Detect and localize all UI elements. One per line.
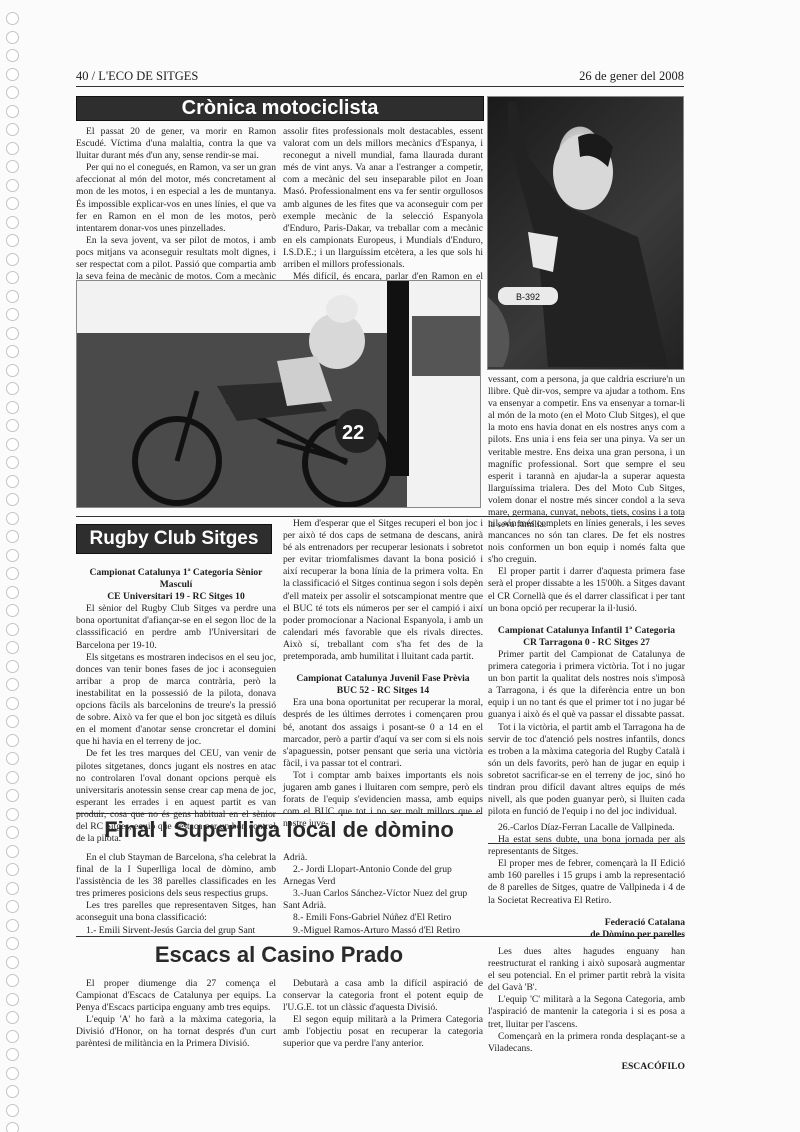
portrait-photo: B-392 bbox=[487, 96, 684, 370]
chess-column-1: El proper diumenge dia 27 comença el Cam… bbox=[76, 978, 276, 1051]
match-score: BUC 52 - RC Sitges 14 bbox=[283, 685, 483, 697]
moto-title-text: Crònica motociclista bbox=[182, 97, 379, 119]
newspaper-page: 40 / L'ECO DE SITGES 26 de gener del 200… bbox=[0, 0, 800, 1132]
rugby-column-1: Campionat Catalunya 1ª Categoria Sènior … bbox=[76, 567, 276, 845]
domino-column-3: 26.-Carlos Díaz-Ferran Lacalle de Vallpi… bbox=[488, 822, 685, 941]
domino-title-text: Final I Superlliga local de dòmino bbox=[104, 817, 454, 842]
paragraph: Els sitgetans es mostraren indecisos en … bbox=[76, 652, 276, 749]
paragraph: Les dues altes hagudes enguany han reest… bbox=[488, 946, 685, 994]
match-score: CE Universitari 19 - RC Sitges 10 bbox=[76, 591, 276, 603]
paragraph: El sènior del Rugby Club Sitges va perdr… bbox=[76, 603, 276, 651]
match-heading: Campionat Catalunya 1ª Categoria Sènior … bbox=[76, 567, 276, 591]
moto-column-2: assolir fites professionals molt destaca… bbox=[283, 126, 483, 295]
paragraph: El proper mes de febrer, començarà la II… bbox=[488, 858, 685, 906]
rugby-section-title: Rugby Club Sitges bbox=[76, 524, 272, 554]
ranking-item: 3.-Juan Carlos Sánchez-Víctor Nuez del g… bbox=[283, 888, 483, 912]
match-heading: Campionat Catalunya Juvenil Fase Prèvia bbox=[283, 673, 483, 685]
svg-text:22: 22 bbox=[342, 422, 364, 444]
chess-column-2: Debutarà a casa amb la difícil aspiració… bbox=[283, 978, 483, 1051]
domino-column-2: Adrià. 2.- Jordi Llopart-Antonio Conde d… bbox=[283, 852, 483, 937]
ranking-item: 26.-Carlos Díaz-Ferran Lacalle de Vallpi… bbox=[488, 822, 685, 834]
domino-column-1: En el club Stayman de Barcelona, s'ha ce… bbox=[76, 852, 276, 937]
ranking-item: 2.- Jordi Llopart-Antonio Conde del grup… bbox=[283, 864, 483, 888]
chess-title-text: Escacs al Casino Prado bbox=[155, 942, 403, 967]
paragraph: assolir fites professionals molt destaca… bbox=[283, 126, 483, 271]
section-divider bbox=[76, 516, 684, 517]
motorcycle-photo: 22 bbox=[76, 280, 481, 508]
paragraph: L'equip 'A' ho farà a la màxima categori… bbox=[76, 1014, 276, 1050]
ranking-item: 9.-Miguel Ramos-Arturo Massó d'El Retiro bbox=[283, 925, 483, 937]
section-divider bbox=[76, 813, 482, 814]
ranking-item: Adrià. bbox=[283, 852, 483, 864]
rugby-column-2: Hem d'esperar que el Sitges recuperi el … bbox=[283, 518, 483, 830]
rugby-title-text: Rugby Club Sitges bbox=[90, 528, 259, 549]
paragraph: nil, són més complets en línies generals… bbox=[488, 518, 685, 566]
paragraph: El passat 20 de gener, va morir en Ramon… bbox=[76, 126, 276, 162]
paragraph: Tot i la victòria, el partit amb el Tarr… bbox=[488, 722, 685, 819]
paragraph: El segon equip militarà a la Primera Cat… bbox=[283, 1014, 483, 1050]
paragraph: El proper diumenge dia 27 comença el Cam… bbox=[76, 978, 276, 1014]
paragraph: Per qui no el conegués, en Ramon, va ser… bbox=[76, 162, 276, 235]
paragraph: Les tres parelles que representaven Sitg… bbox=[76, 900, 276, 924]
paragraph: vessant, com a persona, ja que caldria e… bbox=[488, 374, 685, 531]
signature: ESCACÓFILO bbox=[488, 1061, 685, 1073]
paragraph: El proper partit i darrer d'aquesta prim… bbox=[488, 566, 685, 614]
paragraph: Hem d'esperar que el Sitges recuperi el … bbox=[283, 518, 483, 663]
paragraph: Ha estat sens dubte, una bona jornada pe… bbox=[488, 834, 685, 858]
paragraph: Debutarà a casa amb la difícil aspiració… bbox=[283, 978, 483, 1014]
rugby-column-3: nil, són més complets en línies generals… bbox=[488, 518, 685, 818]
paragraph: L'equip 'C' militarà a la Segona Categor… bbox=[488, 994, 685, 1030]
ranking-item: 8.- Emili Fons-Gabriel Núñez d'El Retiro bbox=[283, 912, 483, 924]
match-heading: Campionat Catalunya Infantil 1ª Categori… bbox=[488, 625, 685, 637]
ranking-item: 1.- Emili Sirvent-Jesús Garcia del grup … bbox=[76, 925, 276, 937]
chess-section-title: Escacs al Casino Prado bbox=[76, 940, 482, 970]
moto-column-1: El passat 20 de gener, va morir en Ramon… bbox=[76, 126, 276, 295]
page-header: 40 / L'ECO DE SITGES 26 de gener del 200… bbox=[76, 66, 684, 87]
chess-column-3: Les dues altes hagudes enguany han reest… bbox=[488, 946, 685, 1073]
portrait-illustration: B-392 bbox=[488, 97, 684, 370]
moto-section-title: Crònica motociclista bbox=[76, 96, 484, 121]
moto-column-3: vessant, com a persona, ja que caldria e… bbox=[488, 374, 685, 531]
paragraph: Era una bona oportunitat per recuperar l… bbox=[283, 697, 483, 770]
svg-text:B-392: B-392 bbox=[516, 292, 540, 302]
motorcycle-illustration: 22 bbox=[77, 281, 481, 508]
section-divider bbox=[76, 936, 684, 937]
domino-section-title: Final I Superlliga local de dòmino bbox=[76, 815, 482, 845]
match-score: CR Tarragona 0 - RC Sitges 27 bbox=[488, 637, 685, 649]
issue-date: 26 de gener del 2008 bbox=[579, 69, 684, 84]
signature: Federació Catalana bbox=[488, 917, 685, 929]
paragraph: Primer partit del Campionat de Catalunya… bbox=[488, 649, 685, 722]
signature: de Dòmino per parelles bbox=[488, 929, 685, 941]
publication-name: 40 / L'ECO DE SITGES bbox=[76, 69, 198, 84]
paragraph: En el club Stayman de Barcelona, s'ha ce… bbox=[76, 852, 276, 900]
paragraph: Començarà en la primera ronda desplaçant… bbox=[488, 1031, 685, 1055]
